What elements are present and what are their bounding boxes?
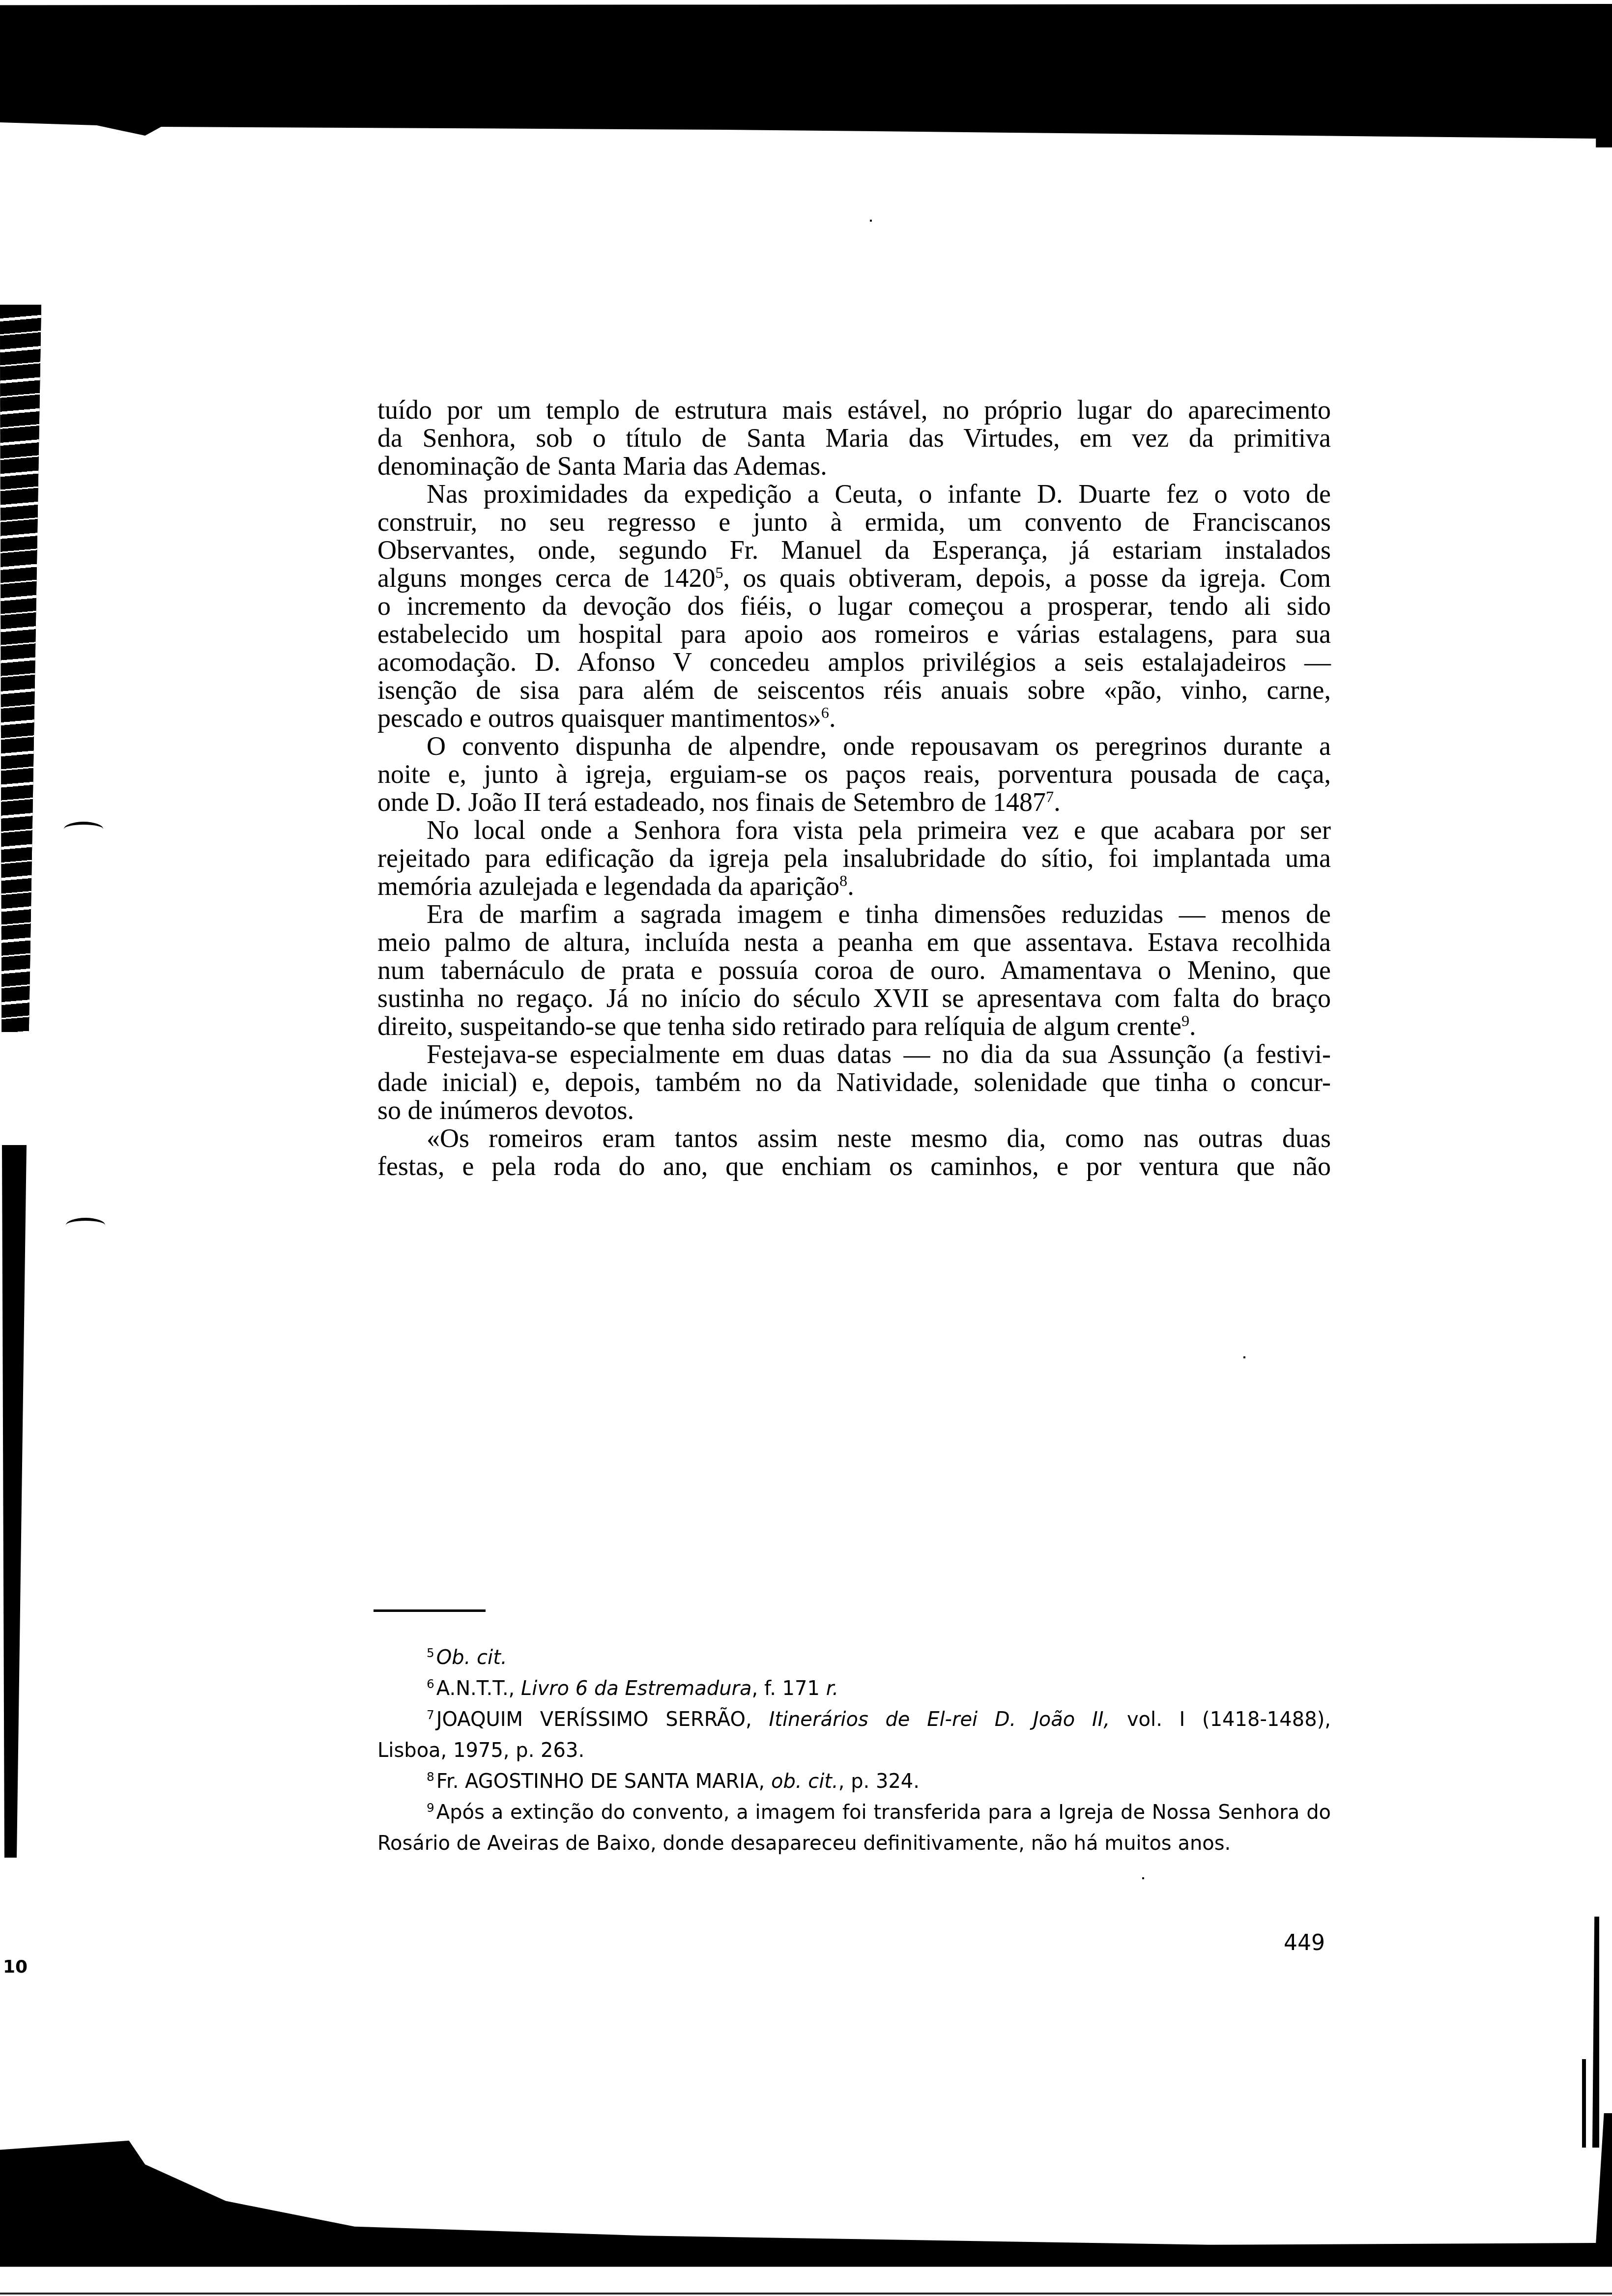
footnotes: 5Ob. cit. 6A.N.T.T., Livro 6 da Estremad… (377, 1642, 1331, 1859)
text-line: Festejava-se especialmente em duas datas… (377, 1040, 1331, 1068)
binding-clip-mark (66, 1218, 105, 1233)
footnote-author: JOAQUIM VERÍSSIMO SERRÃO, (436, 1708, 769, 1731)
footnote-6: 6A.N.T.T., Livro 6 da Estremadura, f. 17… (377, 1673, 1331, 1704)
text-line: festas, e pela roda do ano, que enchiam … (377, 1152, 1331, 1180)
text-line: noite e, junto à igreja, erguiam-se os p… (377, 760, 1331, 788)
text-segment: , os quais obtiveram, depois, a posse da… (723, 563, 1331, 593)
text-line: Era de marfim a sagrada imagem e tinha d… (377, 900, 1331, 928)
text-segment: onde D. João II terá estadeado, nos fina… (377, 787, 1046, 817)
footnote-number: 8 (427, 1770, 434, 1784)
footnote-text: vol. I (1418-1488), (1110, 1708, 1331, 1731)
text-segment: . (1189, 1011, 1196, 1041)
scan-border-left (2, 1145, 27, 1858)
text-line: acomodação. D. Afonso V concedeu amplos … (377, 648, 1331, 676)
paragraph: No local onde a Senhora fora vista pela … (377, 816, 1331, 900)
footnote-9-continuation: Rosário de Aveiras de Baixo, donde desap… (377, 1828, 1331, 1859)
text-line: so de inúmeros devotos. (377, 1096, 1331, 1124)
footnote-text: , p. 324. (838, 1770, 920, 1793)
footnote-separator (374, 1609, 486, 1612)
text-line: memória azulejada e legendada da apariçã… (377, 872, 1331, 900)
text-line: meio palmo de altura, incluída nesta a p… (377, 928, 1331, 956)
footnote-text: r. (826, 1677, 839, 1700)
text-line: direito, suspeitando-se que tenha sido r… (377, 1012, 1331, 1040)
text-segment: memória azulejada e legendada da apariçã… (377, 871, 839, 901)
footnote-ref[interactable]: 7 (1046, 788, 1054, 806)
paragraph: O convento dispunha de alpendre, onde re… (377, 732, 1331, 816)
text-segment: . (1054, 787, 1061, 817)
footnote-number: 6 (427, 1677, 434, 1691)
scan-border-right-inner (1582, 2059, 1586, 2148)
body-text: tuído por um templo de estrutura mais es… (377, 396, 1331, 1180)
text-line: onde D. João II terá estadeado, nos fina… (377, 788, 1331, 816)
text-line: num tabernáculo de prata e possuía coroa… (377, 956, 1331, 984)
text-line: tuído por um templo de estrutura mais es… (377, 396, 1331, 424)
footnote-text: ob. cit. (771, 1770, 838, 1793)
footnote-title: Itinerários de El-rei D. João II, (769, 1708, 1110, 1731)
adjacent-page-label: 10 (3, 1958, 28, 1976)
footnote-author: Fr. AGOSTINHO DE SANTA MARIA, (436, 1770, 771, 1793)
paragraph: tuído por um templo de estrutura mais es… (377, 396, 1331, 480)
footnote-number: 7 (427, 1708, 434, 1722)
text-line: Nas proximidades da expedição a Ceuta, o… (377, 480, 1331, 508)
paragraph-quotation: «Os romeiros eram tantos assim neste mes… (377, 1124, 1331, 1180)
text-line: rejeitado para edificação da igreja pela… (377, 844, 1331, 872)
footnote-text: Após a extinção do convento, a imagem fo… (436, 1801, 1331, 1824)
scan-border-bottom-line (0, 2293, 1612, 2295)
scan-speck (1243, 1356, 1245, 1358)
text-line: dade inicial) e, depois, também no da Na… (377, 1068, 1331, 1096)
text-segment: pescado e outros quaisquer mantimentos» (377, 703, 821, 733)
scan-border-top (0, 0, 1612, 147)
paragraph: Festejava-se especialmente em duas datas… (377, 1040, 1331, 1124)
text-line: No local onde a Senhora fora vista pela … (377, 816, 1331, 844)
text-line: da Senhora, sob o título de Santa Maria … (377, 424, 1331, 452)
binding-clip-mark (64, 822, 103, 836)
scan-border-bottom (0, 2113, 1612, 2296)
text-line: o incremento da devoção dos fiéis, o lug… (377, 592, 1331, 620)
text-line: «Os romeiros eram tantos assim neste mes… (377, 1124, 1331, 1152)
text-line: estabelecido um hospital para apoio aos … (377, 620, 1331, 648)
footnote-ref[interactable]: 9 (1181, 1012, 1189, 1030)
text-line: construir, no seu regresso e junto à erm… (377, 508, 1331, 536)
text-segment: . (829, 703, 836, 733)
text-line: alguns monges cerca de 14205, os quais o… (377, 564, 1331, 592)
scan-speck (1142, 1877, 1144, 1879)
footnote-ref[interactable]: 5 (715, 564, 723, 582)
footnote-ref[interactable]: 8 (839, 872, 847, 890)
scan-adjacent-page-image (0, 305, 41, 1032)
footnote-ref[interactable]: 6 (821, 704, 829, 722)
footnote-text: Ob. cit. (436, 1646, 507, 1669)
footnote-8: 8Fr. AGOSTINHO DE SANTA MARIA, ob. cit.,… (377, 1766, 1331, 1797)
footnote-text: , f. 171 (752, 1677, 826, 1700)
text-segment: direito, suspeitando-se que tenha sido r… (377, 1011, 1181, 1041)
footnote-text: A.N.T.T., (436, 1677, 521, 1700)
text-line: pescado e outros quaisquer mantimentos»6… (377, 704, 1331, 732)
text-line: denominação de Santa Maria das Ademas. (377, 452, 1331, 480)
text-line: isenção de sisa para além de seiscentos … (377, 676, 1331, 704)
paragraph: Nas proximidades da expedição a Ceuta, o… (377, 480, 1331, 732)
footnote-7: 7JOAQUIM VERÍSSIMO SERRÃO, Itinerários d… (377, 1704, 1331, 1735)
text-line: sustinha no regaço. Já no início do sécu… (377, 984, 1331, 1012)
footnote-number: 5 (427, 1646, 434, 1660)
footnote-title: Livro 6 da Estremadura (521, 1677, 752, 1700)
text-segment: . (847, 871, 854, 901)
text-segment: alguns monges cerca de 1420 (377, 563, 715, 593)
footnote-7-continuation: Lisboa, 1975, p. 263. (377, 1735, 1331, 1766)
page-number: 449 (1284, 1932, 1325, 1954)
scan-border-right (1592, 1917, 1599, 2148)
paragraph: Era de marfim a sagrada imagem e tinha d… (377, 900, 1331, 1040)
text-line: O convento dispunha de alpendre, onde re… (377, 732, 1331, 760)
footnote-number: 9 (427, 1801, 434, 1815)
footnote-5: 5Ob. cit. (377, 1642, 1331, 1673)
text-line: Observantes, onde, segundo Fr. Manuel da… (377, 536, 1331, 564)
footnote-9: 9Após a extinção do convento, a imagem f… (377, 1797, 1331, 1828)
scan-speck (870, 220, 872, 222)
